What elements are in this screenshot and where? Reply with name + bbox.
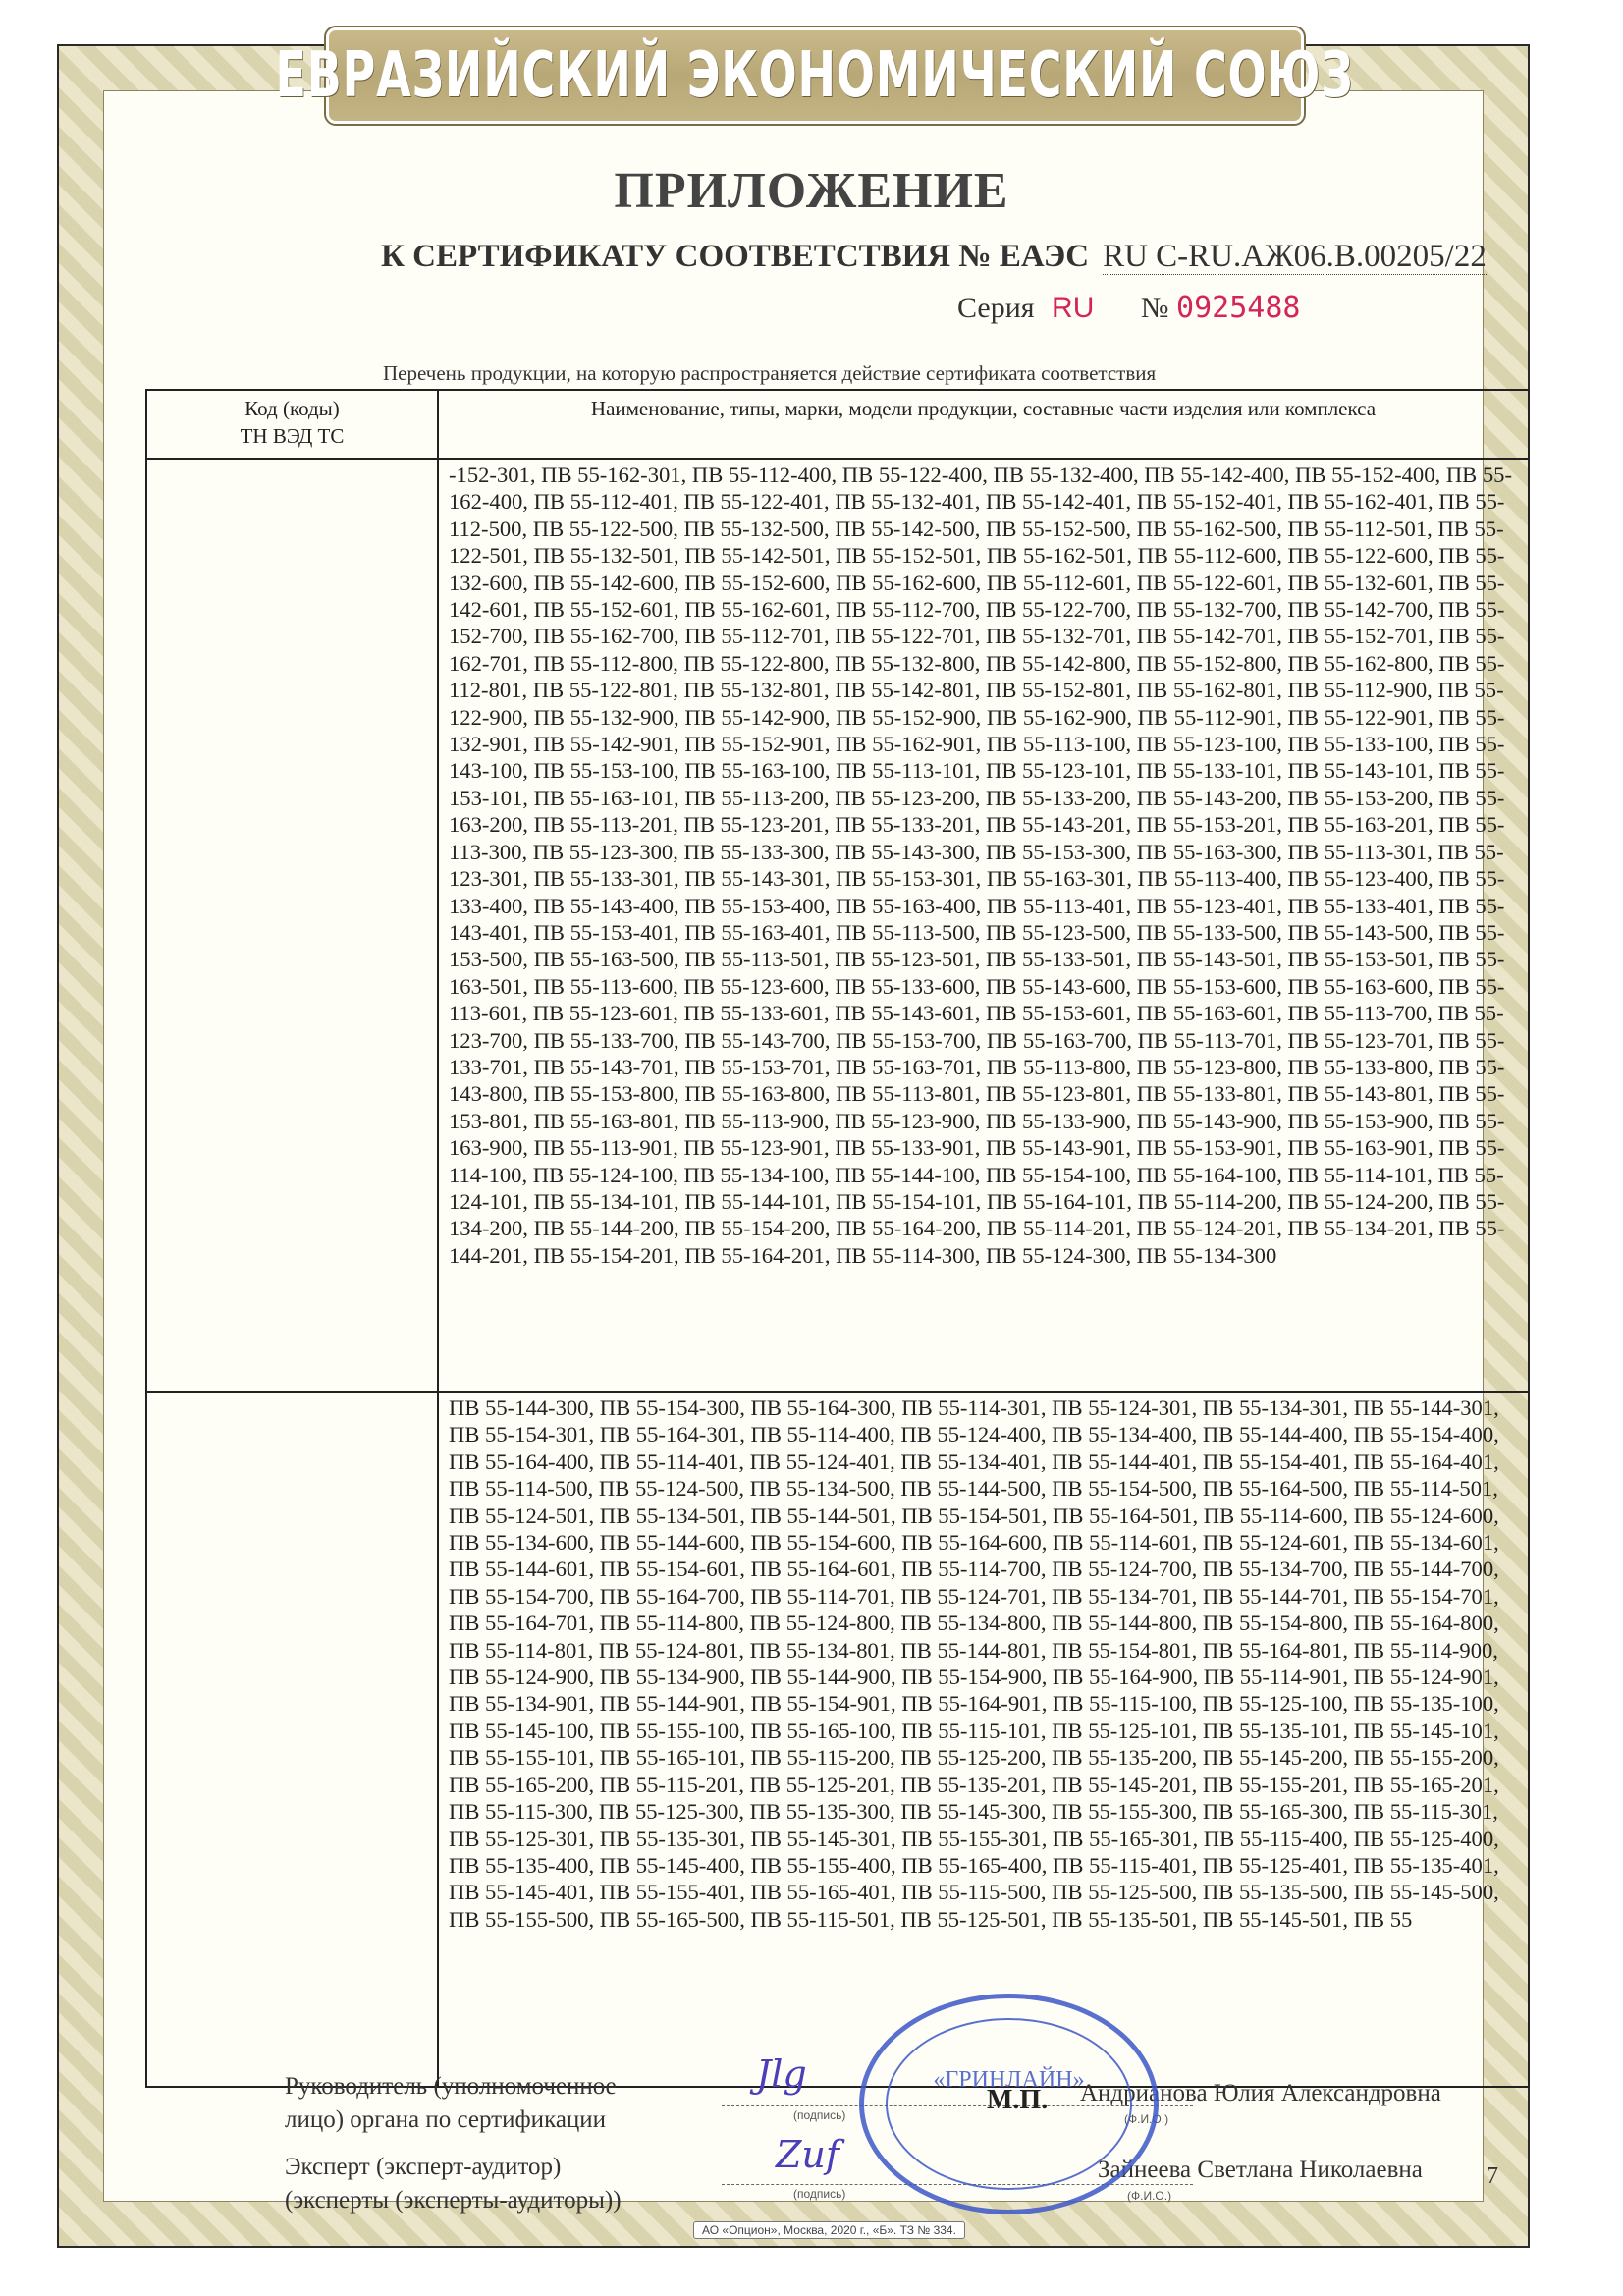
seal-mark: М.П. [987, 2085, 1048, 2116]
head-signature: Jlg [756, 2052, 807, 2096]
expert-name: Зайнеева Светлана Николаевна [1098, 2157, 1423, 2184]
banner-text: ЕВРАЗИЙСКИЙ ЭКОНОМИЧЕСКИЙ СОЮЗ [276, 39, 1354, 112]
expert-label-line2: (эксперты (эксперты-аудиторы)) [285, 2184, 622, 2217]
models-cell: ПВ 55-144-300, ПВ 55-154-300, ПВ 55-164-… [438, 1392, 1529, 2087]
table-caption: Перечень продукции, на которую распростр… [383, 361, 1156, 386]
head-label: Руководитель (уполномоченное лицо) орган… [285, 2070, 617, 2137]
union-banner: ЕВРАЗИЙСКИЙ ЭКОНОМИЧЕСКИЙ СОЮЗ [326, 27, 1304, 124]
expert-label-line1: Эксперт (эксперт-аудитор) [285, 2151, 622, 2184]
column-header-code: Код (коды) ТН ВЭД ТС [146, 390, 438, 459]
table-row: -152-301, ПВ 55-162-301, ПВ 55-112-400, … [146, 459, 1529, 1392]
expert-label: Эксперт (эксперт-аудитор) (эксперты (экс… [285, 2151, 622, 2217]
page-title: ПРИЛОЖЕНИЕ [0, 162, 1623, 220]
products-table: Код (коды) ТН ВЭД ТС Наименование, типы,… [145, 389, 1530, 2088]
certificate-number: RU С-RU.АЖ06.В.00205/22 [1103, 239, 1487, 275]
certificate-prefix: К СЕРТИФИКАТУ СООТВЕТСТВИЯ № ЕАЭС [381, 239, 1089, 274]
table-header-row: Код (коды) ТН ВЭД ТС Наименование, типы,… [146, 390, 1529, 459]
printer-imprint: АО «Опцион», Москва, 2020 г., «Б». ТЗ № … [693, 2221, 965, 2239]
certificate-heading: К СЕРТИФИКАТУ СООТВЕТСТВИЯ № ЕАЭСRU С-RU… [381, 239, 1487, 275]
models-cell: -152-301, ПВ 55-162-301, ПВ 55-112-400, … [438, 459, 1529, 1392]
series-value: RU [1052, 292, 1094, 324]
form-number: 0925488 [1176, 291, 1300, 325]
head-sign-caption: (подпись) [793, 2108, 845, 2122]
code-cell [146, 459, 438, 1392]
code-cell [146, 1392, 438, 2087]
series-line: Серия RU № 0925488 [957, 291, 1300, 325]
column-header-name: Наименование, типы, марки, модели продук… [438, 390, 1529, 459]
expert-sign-caption: (подпись) [793, 2187, 845, 2201]
head-label-line2: лицо) органа по сертификации [285, 2104, 617, 2137]
expert-name-caption: (Ф.И.О.) [1127, 2189, 1171, 2203]
page-number: 7 [1487, 2163, 1498, 2190]
table-row: ПВ 55-144-300, ПВ 55-154-300, ПВ 55-164-… [146, 1392, 1529, 2087]
number-label: № [1141, 292, 1169, 324]
expert-signature: Zuf [776, 2133, 839, 2176]
head-label-line1: Руководитель (уполномоченное [285, 2070, 617, 2104]
series-label: Серия [957, 292, 1035, 324]
